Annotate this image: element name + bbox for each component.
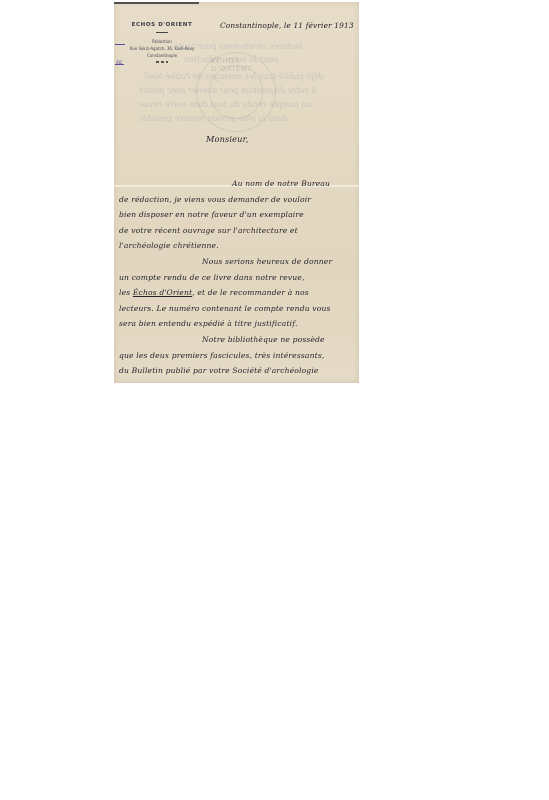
handwritten-line: Notre bibliothèque ne possède: [202, 335, 325, 344]
handwritten-line: de rédaction, je viens vous demander de …: [119, 195, 311, 204]
handwritten-line: un compte rendu de ce livre dans notre r…: [119, 273, 304, 282]
letterhead-rule: [156, 32, 168, 33]
date-line: Constantinople, le 11 février 1913: [220, 21, 354, 30]
letterhead-line: Rédaction: [122, 38, 202, 45]
handwritten-line: de votre récent ouvrage sur l'architectu…: [119, 226, 298, 235]
handwritten-line: que les deux premiers fascicules, très i…: [119, 351, 324, 360]
handwritten-line: Au nom de notre Bureau: [232, 179, 330, 188]
handwritten-line: les Échos d'Orient, et de le recommander…: [119, 288, 309, 297]
handwritten-line: du Bulletin publié par votre Société d'a…: [119, 366, 319, 375]
letterhead-line: Rue Sakiz-Agatch, 36, Kadi-Keuy: [122, 45, 202, 52]
underlined-title: Échos d'Orient: [133, 288, 192, 297]
handwritten-line: sera bien entendu expédié à titre justif…: [119, 319, 298, 328]
letterhead: ECHOS D'ORIENT Rédaction Rue Sakiz-Agatc…: [122, 22, 202, 63]
letterhead-ornament: [156, 61, 168, 63]
handwritten-line: l'archéologie chrétienne.: [119, 241, 219, 250]
handwritten-line: bien disposer en notre faveur d'un exemp…: [119, 210, 304, 219]
rubber-stamp: ECHOS D'ORIENT: [196, 52, 276, 132]
letter-page: lectures chrétiennes pour toute pour la …: [114, 2, 359, 383]
page-edge-shadow: [114, 2, 199, 4]
stamp-text: ECHOS D'ORIENT: [211, 57, 275, 73]
salutation: Monsieur,: [206, 134, 249, 144]
handwritten-line: lecteurs. Le numéro contenant le compte …: [119, 304, 331, 313]
stamp-inner-ring: [209, 65, 263, 119]
letterhead-line: Constantinople: [122, 52, 202, 59]
letterhead-title: ECHOS D'ORIENT: [122, 22, 202, 28]
handwritten-line: Nous serions heureux de donner: [202, 257, 332, 266]
